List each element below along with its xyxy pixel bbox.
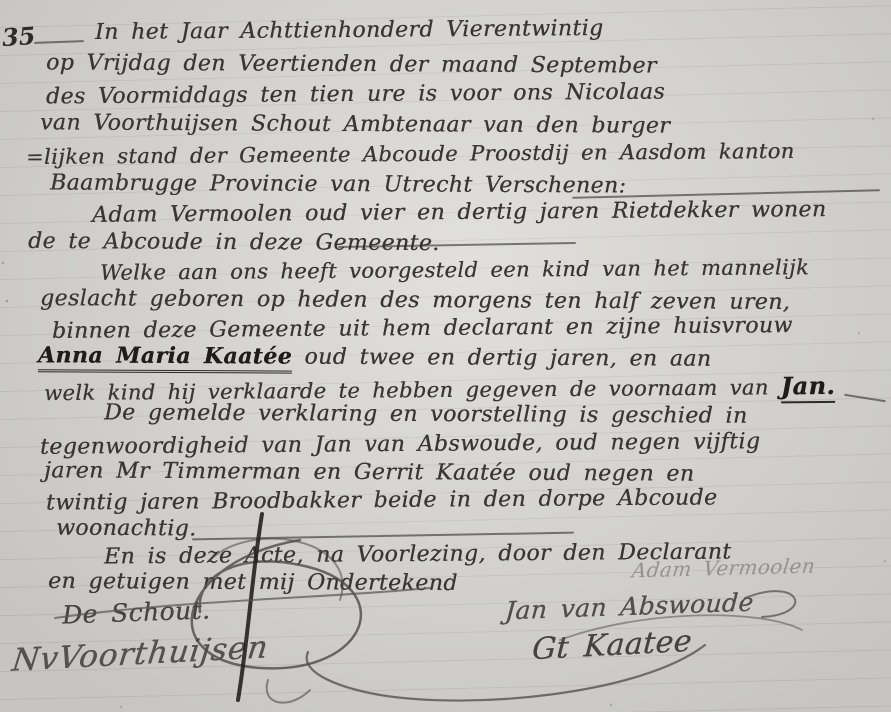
manuscript-line: De gemelde verklaring en voorstelling is… bbox=[104, 400, 748, 428]
paper-specks bbox=[0, 0, 2, 2]
manuscript-line: twintig jaren Broodbakker beide in den d… bbox=[46, 485, 718, 515]
child-name: Jan. bbox=[781, 371, 836, 403]
schout-title: De Schout. bbox=[62, 595, 211, 629]
manuscript-line: Welke aan ons heeft voorgesteld een kind… bbox=[100, 255, 809, 285]
manuscript-line: de te Abcoude in deze Gemeente. bbox=[28, 229, 440, 256]
margin-dash bbox=[34, 40, 84, 44]
manuscript-line: binnen deze Gemeente uit hem declarant e… bbox=[52, 313, 793, 344]
manuscript-line: van Voorthuijsen Schout Ambtenaar van de… bbox=[40, 110, 670, 138]
manuscript-line: Baambrugge Provincie van Utrecht Versche… bbox=[50, 170, 626, 198]
signature-witness-1: Jan van Abswoude bbox=[504, 588, 755, 626]
manuscript-line: en getuigen met mij Ondertekend bbox=[48, 569, 458, 596]
signature-schout: NvVoorthuijsen bbox=[10, 629, 271, 679]
manuscript-line: op Vrijdag den Veertienden der maand Sep… bbox=[46, 50, 657, 78]
trailing-ink-rule bbox=[192, 532, 574, 541]
trailing-ink-rule bbox=[844, 394, 886, 403]
manuscript-line: Anna Maria Kaatée oud twee en dertig jar… bbox=[38, 342, 712, 372]
signature-declarant: Adam Vermoolen bbox=[631, 554, 817, 583]
registry-act-page: 35 In het Jaar Achttienhonderd Vierentwi… bbox=[0, 0, 891, 712]
manuscript-line: Adam Vermoolen oud vier en dertig jaren … bbox=[92, 197, 827, 228]
mother-name: Anna Maria Kaatée bbox=[38, 342, 292, 373]
manuscript-line: =lijken stand der Gemeente Abcoude Proos… bbox=[26, 139, 795, 169]
manuscript-line: des Voormiddags ten tien ure is voor ons… bbox=[46, 80, 665, 110]
act-number: 35 bbox=[1, 21, 36, 52]
manuscript-line: woonachtig. bbox=[56, 516, 197, 542]
line-text: oud twee en dertig jaren, en aan bbox=[292, 345, 711, 372]
manuscript-line: jaren Mr Timmerman en Gerrit Kaatée oud … bbox=[44, 458, 694, 486]
signature-witness-2: Gt Kaatee bbox=[531, 624, 693, 668]
manuscript-line: tegenwoordigheid van Jan van Abswoude, o… bbox=[40, 429, 760, 460]
manuscript-line: geslacht geboren op heden des morgens te… bbox=[40, 286, 790, 315]
manuscript-line: In het Jaar Achttienhonderd Vierentwinti… bbox=[95, 16, 604, 45]
